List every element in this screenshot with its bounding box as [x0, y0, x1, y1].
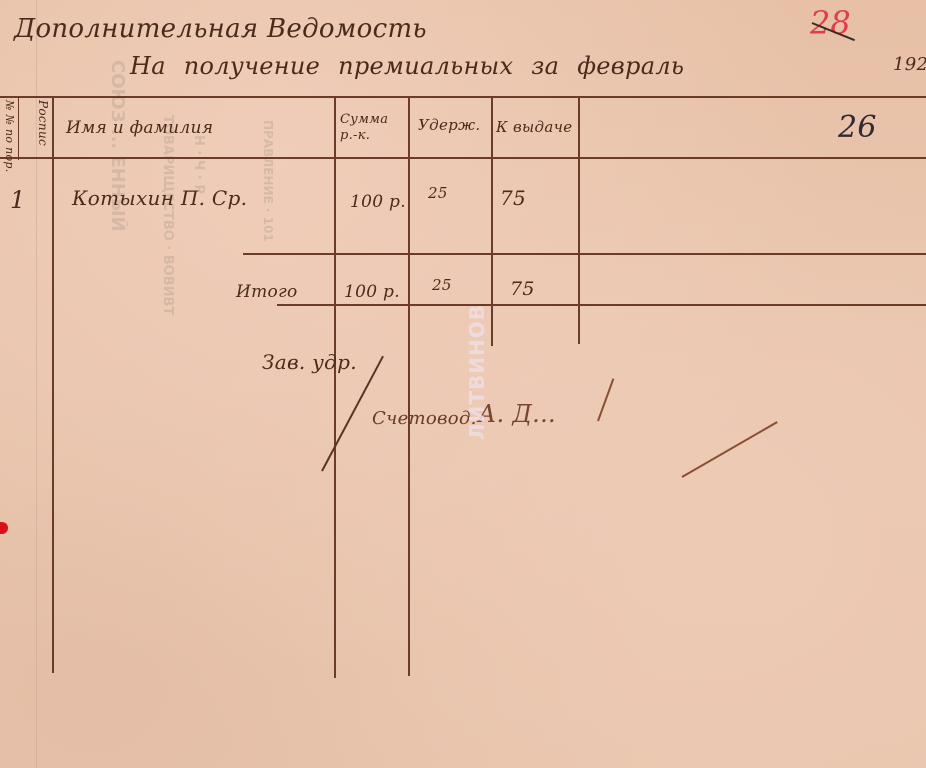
column-divider [408, 96, 410, 676]
document-year: 192 [893, 54, 926, 75]
total-bottom-rule [277, 304, 926, 306]
accountant-signature: А. Д... [478, 400, 556, 428]
signature-flourish [597, 378, 614, 421]
header-withheld: Удерж. [418, 116, 480, 134]
signature-flourish [682, 421, 778, 478]
document-title: Дополнительная Ведомость [14, 14, 427, 44]
header-num: № № по пор. [3, 100, 16, 173]
total-to-pay: 75 [510, 278, 535, 300]
bleed-through-text: ПРАВЛЕНИЕ · 101 [261, 120, 275, 242]
head-label: Зав. удр. [262, 350, 357, 374]
column-divider [52, 96, 54, 673]
red-wax-mark [0, 522, 8, 534]
sheet-number: 26 [838, 110, 877, 145]
header-receipt: Роспис [36, 100, 50, 146]
header-sum: Сумма р.-к. [340, 112, 410, 144]
accountant-label: Счетовод. [372, 408, 477, 429]
total-sum: 100 р. [344, 282, 400, 302]
column-divider [578, 96, 580, 344]
row-bottom-rule [243, 253, 926, 255]
table-top-rule [0, 96, 926, 98]
row-name: Котыхин П. Ср. [72, 186, 247, 210]
header-name: Имя и фамилия [66, 118, 213, 138]
total-withheld: 25 [432, 276, 452, 294]
row-num: 1 [10, 186, 26, 214]
column-divider [18, 96, 19, 160]
document-page: СОЮЗ ... ЕННЫЙ ТОВАРИЩЕСТВО · ВОВИВТ Н ·… [0, 0, 926, 768]
table-header-rule [0, 157, 926, 159]
column-divider [491, 96, 493, 346]
document-subtitle: На получение премиальных за февраль [130, 52, 684, 80]
total-label: Итого [236, 282, 298, 302]
watermark-text: ЛИТВИНОВ [465, 304, 489, 440]
bleed-through-text: ТОВАРИЩЕСТВО · ВОВИВТ [160, 115, 175, 315]
header-to-pay: К выдаче [496, 118, 572, 136]
column-divider [334, 96, 336, 678]
row-to-pay: 75 [500, 186, 526, 210]
row-withheld: 25 [428, 184, 448, 202]
row-sum: 100 р. [350, 192, 406, 212]
